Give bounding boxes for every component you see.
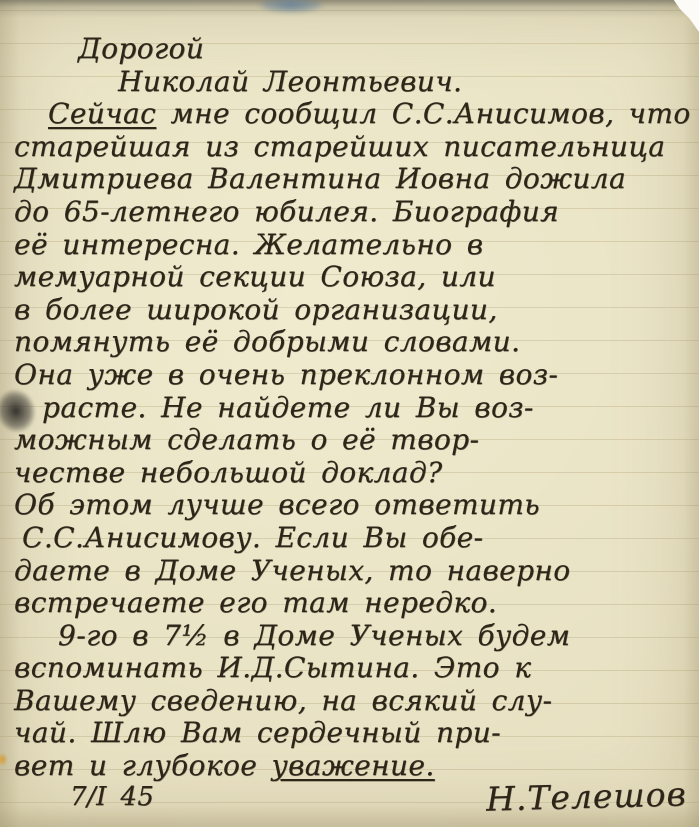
paper-sheet: ДорогойНиколай Леонтьевич.Сейчас мне соо… — [0, 0, 699, 827]
letter-line: даете в Доме Ученых, то наверно — [14, 555, 699, 588]
letter-line: встречаете его там нередко. — [14, 587, 699, 620]
letter-line: помянуть её добрыми словами. — [14, 326, 699, 359]
letter-line: честве небольшой доклад? — [14, 457, 699, 490]
letter-line: расте. Не найдете ли Вы воз- — [14, 392, 699, 425]
top-edge-shadow — [0, 0, 699, 18]
letter-signature: Н.Телешов — [486, 778, 687, 816]
scanned-letter-photo: ДорогойНиколай Леонтьевич.Сейчас мне соо… — [0, 0, 699, 827]
letter-line: до 65-летнего юбилея. Биография — [14, 196, 699, 229]
letter-line: в более широкой организации, — [14, 294, 699, 327]
letter-line: 9-го в 7½ в Доме Ученых будем — [14, 620, 699, 653]
letter-line: можным сделать о её твор- — [14, 424, 699, 457]
letter-body: ДорогойНиколай Леонтьевич.Сейчас мне соо… — [14, 33, 699, 813]
letter-lines: ДорогойНиколай Леонтьевич.Сейчас мне соо… — [14, 33, 699, 783]
letter-line: Дмитриева Валентина Иовна дожила — [14, 163, 699, 196]
letter-date: 7/I 45 — [70, 781, 154, 814]
signature-row: 7/I 45 Н.Телешов — [14, 781, 699, 814]
letter-line: старейшая из старейших писательница — [14, 131, 699, 164]
letter-line: её интересна. Желательно в — [14, 229, 699, 262]
letter-line: Сейчас мне сообщил С.С.Анисимов, что — [14, 98, 699, 131]
letter-line: Об этом лучше всего ответить — [14, 489, 699, 522]
letter-line: вспоминать И.Д.Сытина. Это к — [14, 652, 699, 685]
letter-line: Вашему сведению, на всякий слу- — [14, 685, 699, 718]
letter-line: С.С.Анисимову. Если Вы обе- — [14, 522, 699, 555]
letter-line: Она уже в очень преклонном воз- — [14, 359, 699, 392]
paper-speck — [0, 751, 9, 768]
letter-line: мемуарной секции Союза, или — [14, 261, 699, 294]
letter-line: Дорогой — [14, 33, 699, 66]
letter-line: чай. Шлю Вам сердечный при- — [14, 717, 699, 750]
letter-line: Николай Леонтьевич. — [14, 66, 699, 99]
